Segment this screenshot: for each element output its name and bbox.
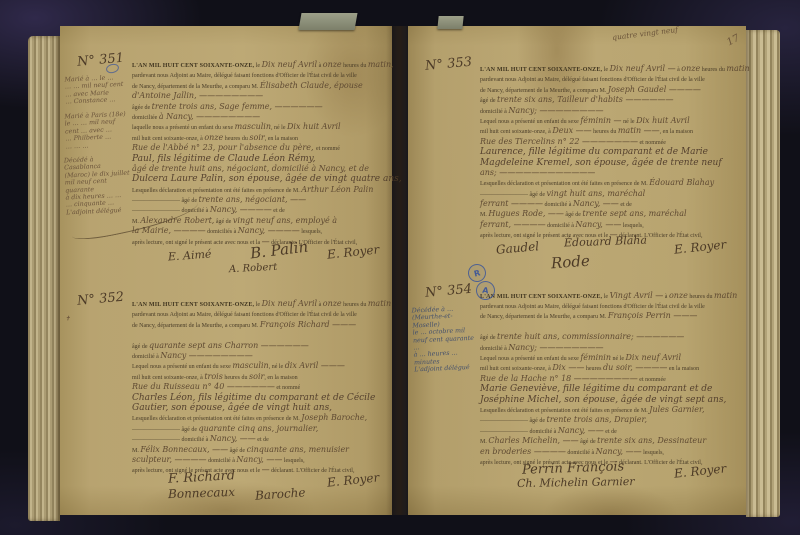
birth-act: N° 351Marié à … le …… … mil neuf cent… a… <box>62 52 388 281</box>
signature: B. Palin <box>249 238 309 263</box>
act-text-line: mil huit cent soixante-onze, à Deux —— h… <box>480 118 742 128</box>
margin-note-line: ✝ <box>65 313 132 323</box>
ribbon-bookmark-tab <box>299 13 358 30</box>
printed-text: de Nancy, département de la Meurthe, a c… <box>480 314 608 320</box>
signature: E. Royer <box>326 470 379 489</box>
act-text-line: M. Charles Michelin, —— âgé de trente si… <box>480 428 742 438</box>
act-text-line: âgé de trente six ans, Tailleur d'habits… <box>480 87 742 97</box>
signature: Édouard Blaha <box>564 233 647 249</box>
signature: F. Richard <box>167 468 235 486</box>
act-text-line: après lecture, ont signé le présent acte… <box>480 222 742 232</box>
act-text-line: ———————— domicilié à Nancy, —— et de <box>132 426 388 436</box>
act-text-line: âgé de trente huit ans, commissionnaire;… <box>480 324 742 334</box>
handwritten-text: François Richard ——— <box>260 320 356 329</box>
act-text-line: L'an mil huit cent soixante-onze, le Dix… <box>132 52 388 62</box>
act-text-line: Dulcera Laure Palin, son épouse, âgée de… <box>132 166 388 176</box>
act-text-line: Marie Geneviève, fille légitime du compa… <box>480 376 742 386</box>
handwritten-text: matin <box>726 64 749 73</box>
act-text-line: après lecture, ont signé le présent acte… <box>480 449 742 459</box>
act-text-line: Charles Léon, fils légitime du comparant… <box>132 385 388 395</box>
act-margin-column: N° 351Marié à … le …… … mil neuf cent… a… <box>62 52 132 281</box>
page-left-acts: N° 351Marié à … le …… … mil neuf cent… a… <box>62 26 388 515</box>
act-margin-column: N° 353 <box>410 56 480 273</box>
act-text-line: ferrant ———— domicilié à Nancy, —— et de <box>480 191 742 201</box>
page-right-acts: N° 353L'an mil huit cent soixante-onze, … <box>410 26 742 515</box>
act-text-line: Rue de la Hache n° 18 ———————— et nommée <box>480 366 742 376</box>
signature: E. Royer <box>673 462 726 481</box>
act-text-line: après lecture, ont signé le présent acte… <box>132 229 388 239</box>
act-body: L'an mil huit cent soixante-onze, le Dix… <box>132 52 388 281</box>
printed-text: de Nancy, département de la Meurthe, a c… <box>132 323 260 329</box>
birth-act: N° 354Décédée à …(Meurthe-et-Moselle)le … <box>410 283 742 494</box>
act-text-line: pardevant nous Adjoint au Maire, délégué… <box>480 293 742 303</box>
signature-zone: E. AiméB. PalinA. RobertE. Royer <box>132 239 388 281</box>
act-text-line: mil huit cent soixante-onze, à trois heu… <box>132 364 388 374</box>
signature: E. Royer <box>326 242 379 261</box>
margin-note: Décédée à …(Meurthe-et-Moselle)le … octo… <box>412 304 482 374</box>
act-text-line: Rue des Tiercelins n° 22 ——————— et nomm… <box>480 129 742 139</box>
act-text-line: domiciliée à Nancy, ———————— <box>132 104 388 114</box>
act-text-line: Laurence, fille légitime du comparant et… <box>480 139 742 149</box>
act-text-line: Lesquelles déclaration et présentation o… <box>132 177 388 187</box>
ribbon-bookmark-tab-small <box>437 16 463 29</box>
signature: Bonnecaux <box>168 485 235 501</box>
margin-note: ✝ <box>65 313 132 323</box>
act-text-line: âgée de trente trois ans, Sage femme, ——… <box>132 94 388 104</box>
act-text-line: après lecture, ont signé le présent acte… <box>132 457 388 467</box>
signature: Ch. Michelin Garnier <box>517 475 635 490</box>
act-number: N° 351 <box>61 50 132 71</box>
act-body: L'an mil huit cent soixante-onze, le Vin… <box>480 283 742 494</box>
signature: E. Aimé <box>167 248 211 264</box>
act-body: L'an mil huit cent soixante-onze, le Dix… <box>480 56 742 273</box>
margin-note: Décédé à Casablanca(Maroc) le dix juille… <box>64 154 134 216</box>
act-text-line: Joséphine Michel, son épouse, âgée de vi… <box>480 387 742 397</box>
left-page-edge-stack <box>28 36 60 521</box>
act-text-line: Lequel nous a présenté un enfant du sexe… <box>132 353 388 363</box>
margin-note: Marié à Paris (18e)le … … mil neufcent …… <box>64 110 133 150</box>
act-text-line: Lesquelles déclaration et présentation o… <box>480 397 742 407</box>
act-text-line: Lequel nous a présenté un enfant du sexe… <box>480 108 742 118</box>
act-text-line: Paul, fils légitime de Claude Léon Rémy, <box>132 146 388 156</box>
printed-text: et nommé <box>316 146 340 152</box>
right-page: N° 353L'an mil huit cent soixante-onze, … <box>408 26 746 515</box>
signature: E. Royer <box>673 237 726 256</box>
signature-zone: F. RichardBonnecauxBarocheE. Royer <box>132 468 388 498</box>
handwritten-text: matin <box>714 291 737 300</box>
act-text-line: M. Hugues Rode, —— âgé de trente sept an… <box>480 201 742 211</box>
act-text-line: M. Félix Bonnecaux, —— âgé de cinquante … <box>132 437 388 447</box>
act-number: N° 353 <box>409 54 480 75</box>
act-text-line: de Nancy, département de la Meurthe, a c… <box>132 312 388 322</box>
act-text-line: de Nancy, département de la Meurthe, a c… <box>132 73 388 83</box>
handwritten-text: Élisabeth Claude, épouse <box>260 81 363 90</box>
act-text-line: Lequel nous a présenté un enfant du sexe… <box>480 345 742 355</box>
act-text-line: laquelle nous a présenté un enfant du se… <box>132 114 388 124</box>
signature: A. Robert <box>229 262 278 276</box>
act-text-line: pardevant nous Adjoint au Maire, délégué… <box>132 62 388 72</box>
act-text-line: Rue du Ruisseau n° 40 —————— et nommé <box>132 374 388 384</box>
printed-text: en la maison <box>667 366 699 372</box>
handwritten-text: Édouard Blahay <box>649 178 714 187</box>
handwritten-text: Arthur Léon Palin <box>301 185 373 194</box>
act-text-line: Lesquelles déclaration et présentation o… <box>480 170 742 180</box>
act-text-line: pardevant nous Adjoint au Maire, délégué… <box>480 66 742 76</box>
act-text-line: âgé de quarante sept ans Charron —————— <box>132 333 388 343</box>
act-number: N° 352 <box>61 289 132 310</box>
act-text-line: sculpteur, ———— domicilié à Nancy, —— le… <box>132 447 388 457</box>
left-page: N° 351Marié à … le …… … mil neuf cent… a… <box>60 26 392 515</box>
act-text-line: mil huit cent soixante-onze, à Dix —— he… <box>480 355 742 365</box>
act-text-line: L'an mil huit cent soixante-onze, le Vin… <box>480 283 742 293</box>
birth-act: N° 352✝L'an mil huit cent soixante-onze,… <box>62 291 388 498</box>
act-text-line: âgé de trente huit ans, négociant, domic… <box>132 156 388 166</box>
act-body: L'an mil huit cent soixante-onze, le Dix… <box>132 291 388 498</box>
act-text-line: Lesquelles déclaration et présentation o… <box>132 405 388 415</box>
act-text-line: L'an mil huit cent soixante-onze, le Dix… <box>132 291 388 301</box>
right-page-edge-stack <box>746 30 780 517</box>
act-text-line: Rue de l'Abbé n° 23, pour l'absence du p… <box>132 135 388 145</box>
margin-note: Marié à … le …… … mil neuf cent… avec Ma… <box>64 74 132 107</box>
signature: Gaudel <box>495 239 539 257</box>
act-text-line: pardevant nous Adjoint au Maire, délégué… <box>132 301 388 311</box>
signature: Rode <box>550 251 590 272</box>
act-margin-column: N° 354Décédée à …(Meurthe-et-Moselle)le … <box>410 283 480 494</box>
register-book-photo: N° 351Marié à … le …… … mil neuf cent… a… <box>0 0 800 535</box>
act-margin-column: N° 352✝ <box>62 291 132 498</box>
act-text-line: L'an mil huit cent soixante-onze, le Dix… <box>480 56 742 66</box>
birth-act: N° 353L'an mil huit cent soixante-onze, … <box>410 56 742 273</box>
act-text-line: mil huit cent soixante-onze, à onze heur… <box>132 125 388 135</box>
handwritten-text: Jules Garnier, <box>649 405 704 414</box>
signature-zone: GaudelÉdouard BlahaRodeE. Royer <box>480 233 742 273</box>
act-text-line: ferrant, ———— domicilié à Nancy, —— lesq… <box>480 212 742 222</box>
signature: Baroche <box>254 485 305 502</box>
act-text-line: ———————— domicilié à Nancy, —— et de <box>480 418 742 428</box>
margin-note-line: … Constance … <box>65 96 132 106</box>
act-number: N° 354 <box>409 281 480 302</box>
signature-zone: Perrin FrançoisCh. Michelin GarnierE. Ro… <box>480 459 742 493</box>
handwritten-text: François Perrin ——— <box>608 311 697 320</box>
act-text-line: Magdeleine Kremel, son épouse, âgée de t… <box>480 150 742 160</box>
